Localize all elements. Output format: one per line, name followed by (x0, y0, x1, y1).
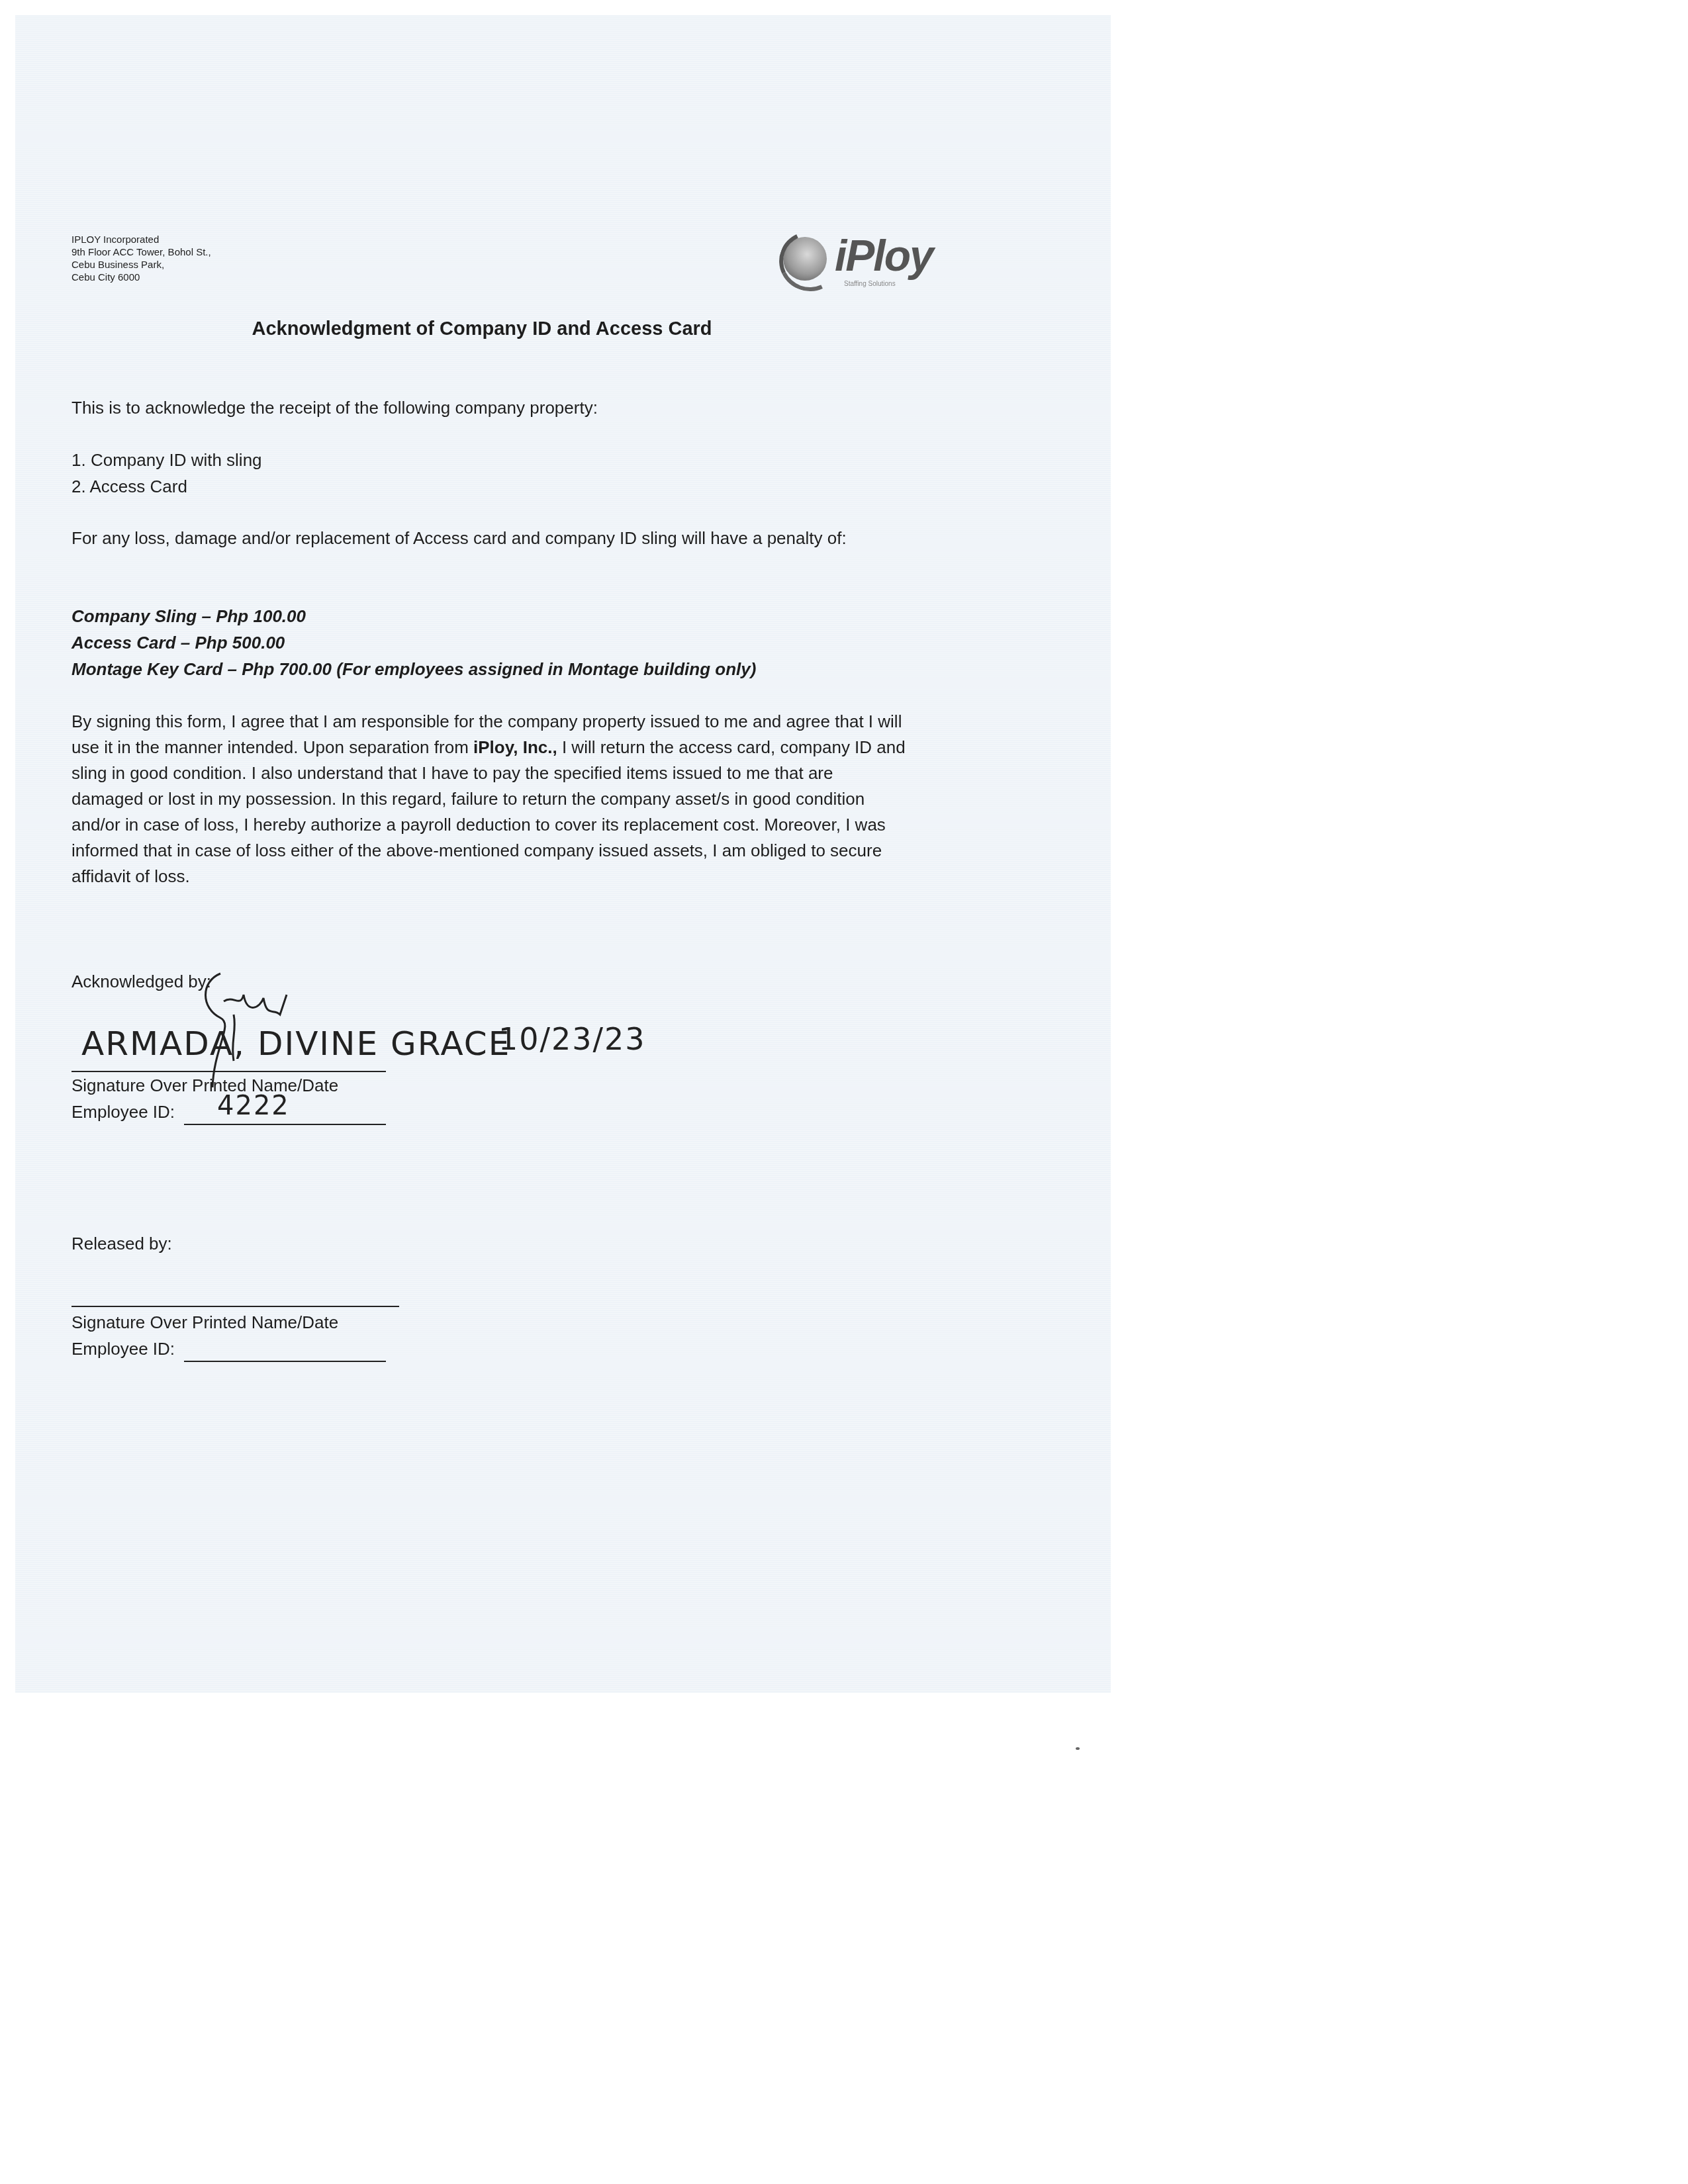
list-item: 2. Access Card (71, 473, 906, 500)
property-list: 1. Company ID with sling 2. Access Card (71, 447, 906, 500)
scan-speck (1076, 1747, 1080, 1750)
handwritten-name: ARMADA, DIVINE GRACE (81, 1024, 510, 1063)
released-label: Released by: (71, 1230, 906, 1257)
employee-id-row: Employee ID: (71, 1099, 906, 1125)
released-signature-line (71, 1306, 399, 1307)
penalty-item: Company Sling – Php 100.00 (71, 603, 906, 629)
penalty-item: Montage Key Card – Php 700.00 (For emplo… (71, 656, 906, 682)
address-line: IPLOY Incorporated (71, 234, 211, 246)
released-employee-id-label: Employee ID: (71, 1339, 175, 1359)
company-name: iPloy, Inc., (473, 737, 557, 757)
employee-id-value: 4222 (217, 1091, 290, 1121)
handwritten-date: 10/23/23 (498, 1021, 646, 1057)
penalty-item: Access Card – Php 500.00 (71, 629, 906, 656)
address-line: Cebu Business Park, (71, 259, 211, 271)
penalty-list: Company Sling – Php 100.00 Access Card –… (71, 603, 906, 682)
released-employee-id-line (184, 1361, 386, 1362)
employee-id-line (184, 1124, 386, 1125)
address-line: 9th Floor ACC Tower, Bohol St., (71, 246, 211, 259)
released-employee-id-row: Employee ID: (71, 1336, 906, 1362)
released-signature-caption: Signature Over Printed Name/Date (71, 1309, 906, 1336)
agreement-text: I will return the access card, company I… (71, 737, 906, 886)
list-item: 1. Company ID with sling (71, 447, 906, 473)
logo-wordmark: iPloy (835, 230, 933, 281)
signature-caption: Signature Over Printed Name/Date (71, 1072, 906, 1099)
logo-tagline: Staffing Solutions (844, 281, 896, 288)
intro-text: This is to acknowledge the receipt of th… (71, 394, 906, 421)
agreement-paragraph: By signing this form, I agree that I am … (71, 709, 909, 889)
company-logo: iPloy Staffing Solutions (783, 230, 955, 293)
scanned-page: IPLOY Incorporated 9th Floor ACC Tower, … (15, 15, 1111, 1693)
address-line: Cebu City 6000 (71, 271, 211, 284)
penalty-intro: For any loss, damage and/or replacement … (71, 525, 906, 551)
company-address: IPLOY Incorporated 9th Floor ACC Tower, … (71, 234, 211, 284)
document-title: Acknowledgment of Company ID and Access … (15, 318, 949, 340)
employee-id-label: Employee ID: (71, 1102, 175, 1122)
